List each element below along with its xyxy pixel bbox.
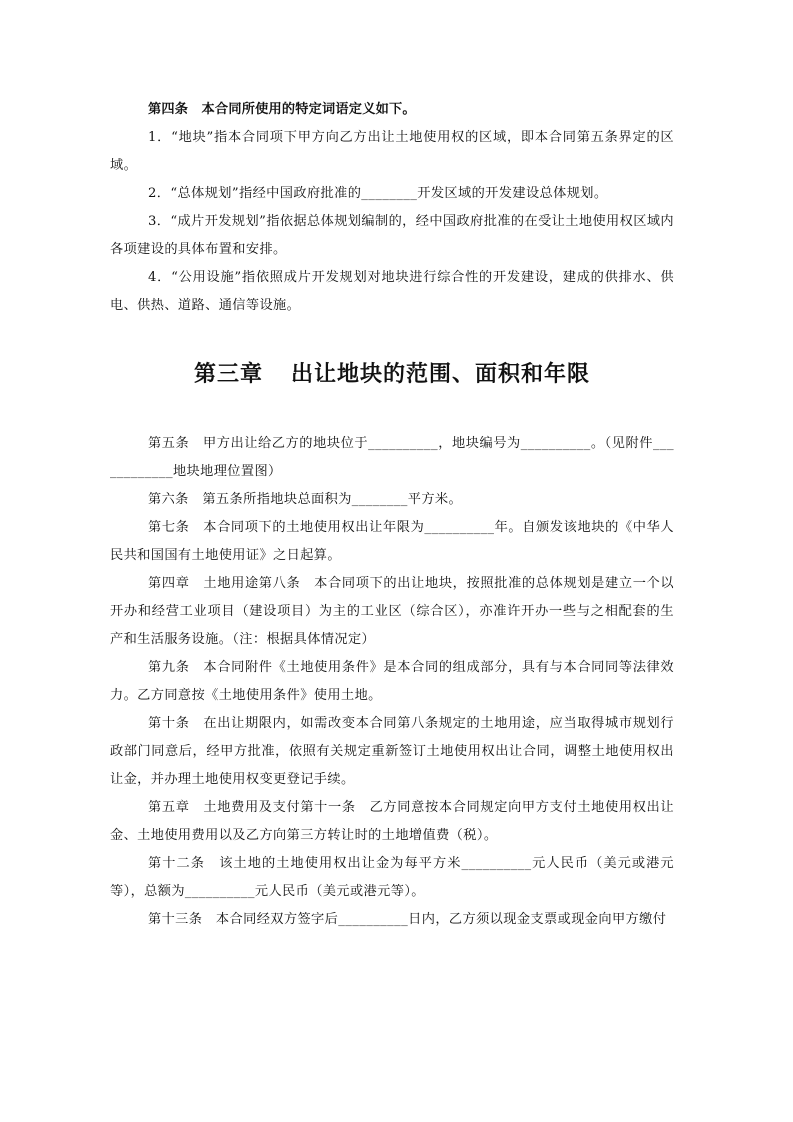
chapter-3-heading: 第三章出让地块的范围、面积和年限 bbox=[110, 360, 674, 390]
article-4-heading: 第四条 本合同所使用的特定词语定义如下。 bbox=[110, 96, 674, 124]
chapter-number: 第三章 bbox=[194, 362, 263, 387]
article-5: 第五条 甲方出让给乙方的地块位于__________，地块编号为________… bbox=[110, 430, 674, 486]
definition-1: 1．“地块”指本合同项下甲方向乙方出让土地使用权的区域，即本合同第五条界定的区域… bbox=[110, 124, 674, 180]
definition-3: 3．“成片开发规划”指依据总体规划编制的，经中国政府批准的在受让土地使用权区域内… bbox=[110, 208, 674, 264]
article-9: 第九条 本合同附件《土地使用条件》是本合同的组成部分，具有与本合同同等法律效力。… bbox=[110, 654, 674, 710]
definition-4: 4．“公用设施”指依照成片开发规划对地块进行综合性的开发建设，建成的供排水、供电… bbox=[110, 264, 674, 320]
document-page: 第四条 本合同所使用的特定词语定义如下。 1．“地块”指本合同项下甲方向乙方出让… bbox=[110, 96, 674, 934]
article-10: 第十条 在出让期限内，如需改变本合同第八条规定的土地用途，应当取得城市规划行政部… bbox=[110, 710, 674, 794]
article-7: 第七条 本合同项下的土地使用权出让年限为__________年。自颁发该地块的《… bbox=[110, 514, 674, 570]
article-8: 第四章 土地用途第八条 本合同项下的出让地块，按照批准的总体规划是建立一个以开办… bbox=[110, 570, 674, 654]
article-13: 第十三条 本合同经双方签字后__________日内，乙方须以现金支票或现金向甲… bbox=[110, 906, 674, 934]
article-11: 第五章 土地费用及支付第十一条 乙方同意按本合同规定向甲方支付土地使用权出让金、… bbox=[110, 794, 674, 850]
article-12: 第十二条 该土地的土地使用权出让金为每平方米__________元人民币（美元或… bbox=[110, 850, 674, 906]
chapter-title: 出让地块的范围、面积和年限 bbox=[291, 362, 590, 387]
definition-2: 2．“总体规划”指经中国政府批准的________开发区域的开发建设总体规划。 bbox=[110, 180, 674, 208]
article-6: 第六条 第五条所指地块总面积为________平方米。 bbox=[110, 486, 674, 514]
